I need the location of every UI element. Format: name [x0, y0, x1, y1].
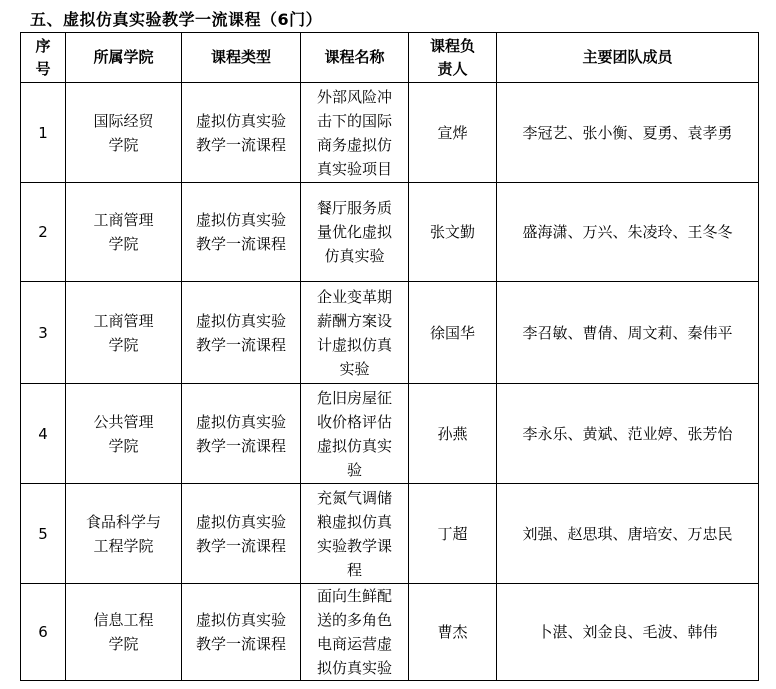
header-leader: 课程负 责人	[409, 33, 497, 83]
cell-course-name: 充氮气调储 粮虚拟仿真 实验教学课 程	[301, 484, 409, 584]
cell-serial: 3	[21, 282, 66, 384]
cell-college: 工商管理 学院	[66, 282, 182, 384]
header-members: 主要团队成员	[497, 33, 759, 83]
cell-serial: 1	[21, 83, 66, 183]
page-title: 五、虚拟仿真实验教学一流课程（6门）	[30, 7, 322, 30]
cell-members: 盛海潇、万兴、朱凌玲、王冬冬	[497, 183, 759, 282]
table-row: 1 国际经贸 学院 虚拟仿真实验 教学一流课程 外部风险冲 击下的国际 商务虚拟…	[21, 83, 759, 183]
cell-course-type: 虚拟仿真实验 教学一流课程	[182, 484, 301, 584]
table-row: 6 信息工程 学院 虚拟仿真实验 教学一流课程 面向生鲜配 送的多角色 电商运营…	[21, 584, 759, 681]
cell-college: 工商管理 学院	[66, 183, 182, 282]
cell-course-name: 面向生鲜配 送的多角色 电商运营虚 拟仿真实验	[301, 584, 409, 681]
header-course-name: 课程名称	[301, 33, 409, 83]
cell-leader: 曹杰	[409, 584, 497, 681]
cell-members: 李召敏、曹倩、周文莉、秦伟平	[497, 282, 759, 384]
cell-course-name: 危旧房屋征 收价格评估 虚拟仿真实 验	[301, 384, 409, 484]
cell-serial: 2	[21, 183, 66, 282]
cell-leader: 丁超	[409, 484, 497, 584]
table-row: 3 工商管理 学院 虚拟仿真实验 教学一流课程 企业变革期 薪酬方案设 计虚拟仿…	[21, 282, 759, 384]
header-serial: 序 号	[21, 33, 66, 83]
header-course-type: 课程类型	[182, 33, 301, 83]
cell-members: 卜湛、刘金良、毛波、韩伟	[497, 584, 759, 681]
cell-course-name: 企业变革期 薪酬方案设 计虚拟仿真 实验	[301, 282, 409, 384]
cell-course-type: 虚拟仿真实验 教学一流课程	[182, 384, 301, 484]
cell-leader: 宣烨	[409, 83, 497, 183]
cell-members: 李永乐、黄斌、范业婷、张芳怡	[497, 384, 759, 484]
cell-leader: 张文勤	[409, 183, 497, 282]
cell-college: 国际经贸 学院	[66, 83, 182, 183]
cell-college: 食品科学与 工程学院	[66, 484, 182, 584]
course-table: 序 号 所属学院 课程类型 课程名称 课程负 责人 主要团队成员 1 国际经贸 …	[20, 32, 759, 681]
cell-college: 公共管理 学院	[66, 384, 182, 484]
header-college: 所属学院	[66, 33, 182, 83]
cell-course-name: 外部风险冲 击下的国际 商务虚拟仿 真实验项目	[301, 83, 409, 183]
cell-leader: 孙燕	[409, 384, 497, 484]
table-header-row: 序 号 所属学院 课程类型 课程名称 课程负 责人 主要团队成员	[21, 33, 759, 83]
table-row: 5 食品科学与 工程学院 虚拟仿真实验 教学一流课程 充氮气调储 粮虚拟仿真 实…	[21, 484, 759, 584]
cell-course-type: 虚拟仿真实验 教学一流课程	[182, 83, 301, 183]
cell-course-type: 虚拟仿真实验 教学一流课程	[182, 584, 301, 681]
table-row: 2 工商管理 学院 虚拟仿真实验 教学一流课程 餐厅服务质 量优化虚拟 仿真实验…	[21, 183, 759, 282]
cell-course-type: 虚拟仿真实验 教学一流课程	[182, 183, 301, 282]
cell-college: 信息工程 学院	[66, 584, 182, 681]
cell-leader: 徐国华	[409, 282, 497, 384]
table-row: 4 公共管理 学院 虚拟仿真实验 教学一流课程 危旧房屋征 收价格评估 虚拟仿真…	[21, 384, 759, 484]
cell-course-name: 餐厅服务质 量优化虚拟 仿真实验	[301, 183, 409, 282]
cell-members: 李冠艺、张小衡、夏勇、袁孝勇	[497, 83, 759, 183]
cell-serial: 4	[21, 384, 66, 484]
cell-serial: 6	[21, 584, 66, 681]
cell-course-type: 虚拟仿真实验 教学一流课程	[182, 282, 301, 384]
cell-members: 刘强、赵思琪、唐培安、万忠民	[497, 484, 759, 584]
cell-serial: 5	[21, 484, 66, 584]
